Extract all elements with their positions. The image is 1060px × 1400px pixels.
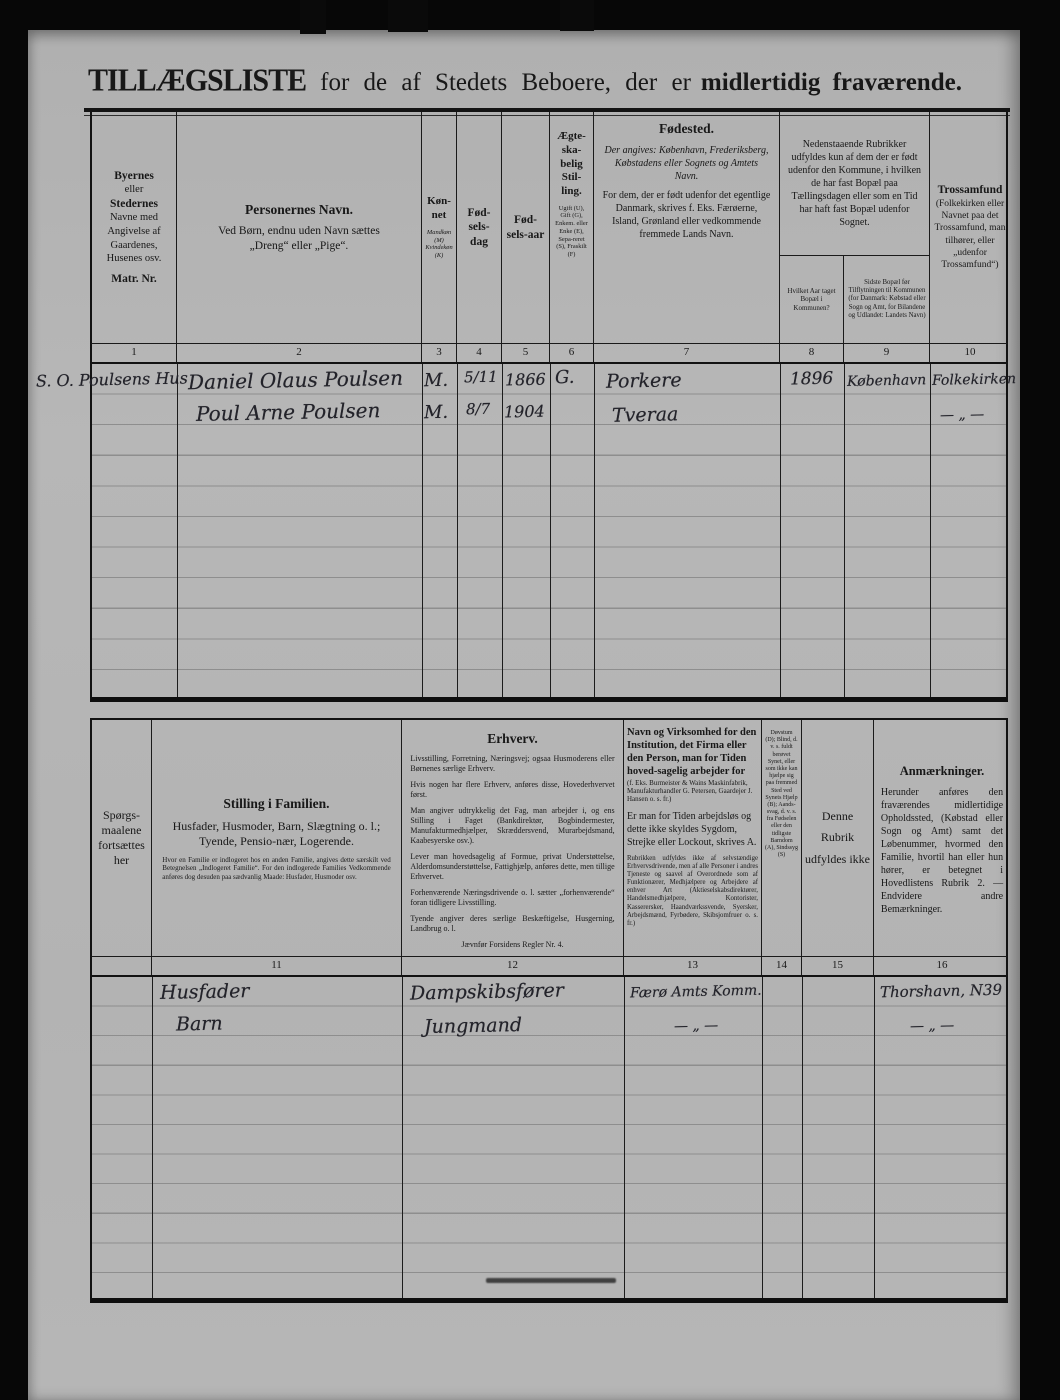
- table1-col1-header: Byernes eller Stedernes Navne med Angive…: [92, 112, 177, 343]
- col-number: 14: [762, 957, 802, 975]
- col6-sub: Ugift (U), Gift (G), Enkem. eller Enke (…: [553, 205, 590, 259]
- table2-col13-header: Navn og Virksomhed for den Institution, …: [624, 720, 762, 956]
- col4-title: Fød-sels-dag: [460, 206, 498, 249]
- table2-body: Husfader Dampskibsfører Færø Amts Komm. …: [90, 977, 1008, 1303]
- col14-text: Døvstum (D); Blind, d. v. s. fuldt berøv…: [765, 730, 798, 859]
- scan-artifact: [300, 0, 326, 34]
- col-number: 10: [930, 344, 1010, 362]
- col-number: 11: [152, 957, 402, 975]
- col1-line2: eller: [125, 183, 144, 197]
- hw-religion-ditto: — „ —: [940, 408, 984, 423]
- col12-p4: Lever man hovedsagelig af Formue, privat…: [410, 852, 614, 882]
- table1-header: Byernes eller Stedernes Navne med Angive…: [90, 110, 1008, 344]
- col12-p2: Hvis nogen har flere Erhverv, anføres di…: [410, 780, 614, 800]
- col12-p6: Tyende angiver deres særlige Beskæftigel…: [410, 914, 614, 934]
- col-number: 2: [177, 344, 422, 362]
- table1-vline: [422, 364, 423, 697]
- table1-col2-header: Personernes Navn. Ved Børn, endnu uden N…: [177, 112, 422, 343]
- scan-artifact: [560, 0, 594, 31]
- col12-p7: Jævnfør Forsidens Regler Nr. 4.: [461, 940, 563, 950]
- col7-title: Fødested.: [659, 120, 714, 138]
- col-number: 16: [874, 957, 1010, 975]
- hw-birthday: 8/7: [466, 402, 490, 418]
- hw-sex: M.: [424, 372, 449, 391]
- col12-p5: Forhenværende Næringsdrivende o. l. sætt…: [410, 888, 614, 908]
- col13-p1: Navn og Virksomhed for den Institution, …: [627, 726, 758, 779]
- table2-vline: [624, 977, 625, 1298]
- col2-body: Ved Børn, endnu uden Navn sættes „Dreng“…: [198, 224, 400, 254]
- hw-name: Daniel Olaus Poulsen: [188, 368, 403, 392]
- table1-col10-header: Trossamfund (Folkekirken eller Navnet pa…: [930, 112, 1010, 343]
- col16-title: Anmærkninger.: [900, 764, 985, 780]
- hw-marital: G.: [555, 369, 575, 387]
- col13-p2: Er man for Tiden arbejdsløs og dette ikk…: [627, 810, 758, 849]
- table2-header: Spørgs-maalene fortsættes her Stilling i…: [90, 718, 1008, 957]
- col-number: 3: [422, 344, 457, 362]
- col3-sub: Mandkøn (M) Kvindekøn (K): [425, 229, 453, 260]
- table1-vline: [594, 364, 595, 697]
- table1-vline: [780, 364, 781, 697]
- col-number: 5: [502, 344, 550, 362]
- hw-sex: M.: [424, 404, 449, 423]
- col-number: 9: [844, 344, 930, 362]
- table1-col6-header: Ægte-ska-belig Stil-ling. Ugift (U), Gif…: [550, 112, 594, 343]
- table1-vline: [550, 364, 551, 697]
- col7-p1: Der angives: København, Frederiksberg, K…: [604, 144, 769, 183]
- form-title: TILLÆGSLISTEfor de af Stedets Beboere, d…: [88, 64, 1010, 98]
- col12-title: Erhverv.: [487, 730, 538, 748]
- table2-vline: [762, 977, 763, 1298]
- table1-col7-header: Fødested. Der angives: København, Freder…: [594, 112, 780, 343]
- col13-p1-small: (f. Eks. Burmeister & Wains Maskinfabrik…: [627, 779, 758, 804]
- hw-birthyear: 1904: [504, 404, 545, 421]
- table1-vline: [930, 364, 931, 697]
- col11-small-print: Hvor en Familie er indlogeret hos en and…: [162, 856, 390, 881]
- form-title-bold-end: midlertidig fraværende.: [701, 69, 962, 96]
- hw-place: S. O. Poulsens Hus: [36, 370, 188, 389]
- col8-subheader: Hvilket Aar taget Bopæl i Kommunen?: [780, 256, 844, 343]
- col3-title: Køn-net: [425, 195, 453, 223]
- hw-name: Poul Arne Poulsen: [196, 400, 381, 424]
- printer-imprint: [486, 1278, 616, 1283]
- col-number: 13: [624, 957, 762, 975]
- hw-family-position: Husfader: [160, 982, 250, 1003]
- col1-line3: Stedernes: [110, 197, 158, 211]
- col-number: 6: [550, 344, 594, 362]
- table1-vline: [844, 364, 845, 697]
- table2-col15-header: Denne Rubrik udfyldes ikke: [802, 720, 874, 956]
- form-title-middle: for de af Stedets Beboere, der er: [320, 69, 691, 96]
- col5-title: Fød-sels-aar: [505, 213, 546, 242]
- hw-birthyear: 1866: [505, 372, 546, 389]
- col11-body: Husfader, Husmoder, Barn, Slægtning o. l…: [165, 819, 389, 850]
- hw-family-position: Barn: [176, 1015, 223, 1035]
- table2-vline: [152, 977, 153, 1298]
- col7-p2: For dem, der er født udenfor det egentli…: [602, 189, 770, 241]
- col8-9-group-text: Nedenstaaende Rubrikker udfyldes kun af …: [780, 112, 929, 256]
- hw-birthplace: Porkere: [606, 371, 682, 392]
- col1-line4: Navne med Angivelse af Gaardenes, Husene…: [95, 211, 173, 266]
- table1-vline: [457, 364, 458, 697]
- table2-vline: [802, 977, 803, 1298]
- form-title-word: TILLÆGSLISTE: [88, 63, 306, 99]
- col-number: 7: [594, 344, 780, 362]
- hw-birthday: 5/11: [464, 370, 498, 386]
- col12-p1: Livsstilling, Forretning, Næringsvej; og…: [410, 754, 614, 774]
- col15-text: Denne Rubrik udfyldes ikke: [805, 806, 870, 871]
- col13-p3-small: Rubrikken udfyldes ikke af selvstændige …: [627, 855, 758, 928]
- col-number: 15: [802, 957, 874, 975]
- col1-line1: Byernes: [114, 169, 154, 183]
- table1-vline: [502, 364, 503, 697]
- table2-vline: [874, 977, 875, 1298]
- table2-number-row: 11 12 13 14 15 16: [90, 957, 1008, 977]
- questions-continue-label: Spørgs-maalene fortsættes her: [95, 808, 148, 868]
- table2-vline: [402, 977, 403, 1298]
- scan-artifact: [388, 0, 428, 32]
- table1-col4-header: Fød-sels-dag: [457, 112, 502, 343]
- hw-occupation: Jungmand: [424, 1016, 522, 1037]
- col16-body: Herunder anføres den fraværendes midlert…: [881, 786, 1003, 916]
- col6-title: Ægte-ska-belig Stil-ling.: [553, 130, 590, 199]
- table2-col11-header: Stilling i Familien. Husfader, Husmoder,…: [152, 720, 402, 956]
- col-number: 4: [457, 344, 502, 362]
- table1-col3-header: Køn-net Mandkøn (M) Kvindekøn (K): [422, 112, 457, 343]
- table2-col12-header: Erhverv. Livsstilling, Forretning, Nærin…: [402, 720, 624, 956]
- col-number: 12: [402, 957, 624, 975]
- table1-vline: [177, 364, 178, 697]
- hw-religion: Folkekirken: [932, 372, 1016, 388]
- col10-body: (Folkekirken eller Navnet paa det Trossa…: [933, 198, 1007, 272]
- hw-year-moved: 1896: [790, 371, 834, 389]
- table1-number-row: 1 2 3 4 5 6 7 8 9 10: [90, 344, 1008, 364]
- table1-col5-header: Fød-sels-aar: [502, 112, 550, 343]
- scanned-census-page: TILLÆGSLISTEfor de af Stedets Beboere, d…: [28, 30, 1020, 1400]
- table1-body: S. O. Poulsens Hus Daniel Olaus Poulsen …: [90, 364, 1008, 702]
- col12-p3: Man angiver udtrykkelig det Fag, man arb…: [410, 806, 614, 846]
- col-number: [92, 957, 152, 975]
- col2-title: Personernes Navn.: [245, 201, 353, 219]
- table2-left-label-cell: Spørgs-maalene fortsættes her: [92, 720, 152, 956]
- col-number: 1: [92, 344, 177, 362]
- hw-last-residence: København: [847, 373, 926, 389]
- hw-employer: Færø Amts Komm.: [630, 984, 762, 1001]
- col9-subheader: Sidste Bopæl før Tilflytningen til Kommu…: [844, 256, 930, 343]
- col11-title: Stilling i Familien.: [223, 795, 329, 813]
- hw-remarks-ditto: — „ —: [910, 1019, 954, 1034]
- table2-col14-header: Døvstum (D); Blind, d. v. s. fuldt berøv…: [762, 720, 802, 956]
- table1-col8-9-group: Nedenstaaende Rubrikker udfyldes kun af …: [780, 112, 930, 343]
- col1-matr-nr: Matr. Nr.: [111, 272, 156, 286]
- hw-occupation: Dampskibsfører: [410, 981, 564, 1003]
- hw-birthplace: Tveraa: [612, 405, 679, 425]
- col10-title: Trossamfund: [938, 183, 1003, 197]
- col-number: 8: [780, 344, 844, 362]
- hw-remarks: Thorshavn, N39: [880, 983, 1002, 1001]
- table2-col16-header: Anmærkninger. Herunder anføres den fravæ…: [874, 720, 1010, 956]
- hw-employer-ditto: — „ —: [674, 1019, 718, 1034]
